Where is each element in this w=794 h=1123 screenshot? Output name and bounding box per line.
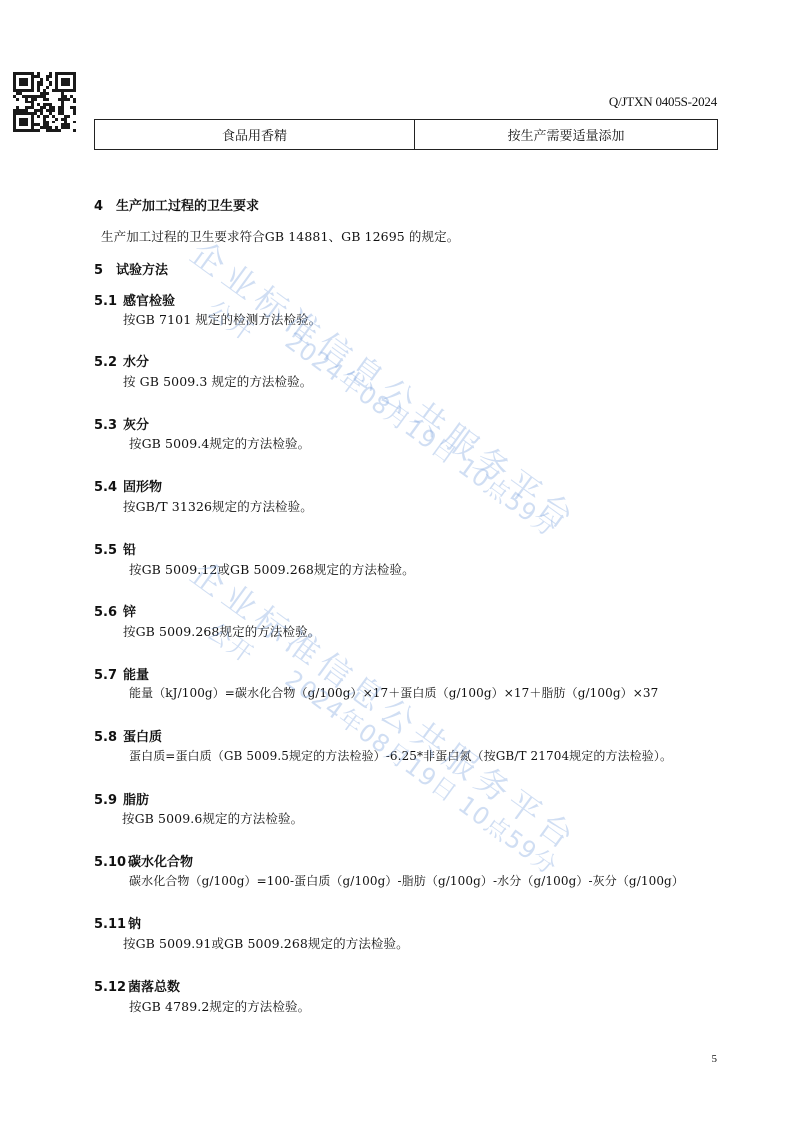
qr-code xyxy=(13,72,76,132)
table-cell-item: 食品用香精 xyxy=(95,120,415,149)
section-text-5-5: 按GB 5009.12或GB 5009.268规定的方法检验。 xyxy=(129,560,415,578)
section-heading-5: 5试验方法 xyxy=(94,259,168,278)
section-heading-5-4: 5.4固形物 xyxy=(94,476,162,495)
watermark-public: 公开 xyxy=(201,612,262,670)
section-heading-5-11: 5.11钠 xyxy=(94,913,141,932)
section-text-5-1: 按GB 7101 规定的检测方法检验。 xyxy=(123,310,321,328)
section-heading-5-5: 5.5铅 xyxy=(94,539,136,558)
section-heading-5-2: 5.2水分 xyxy=(94,351,149,370)
section-heading-4: 4生产加工过程的卫生要求 xyxy=(94,195,259,214)
section-text-5-3: 按GB 5009.4规定的方法检验。 xyxy=(129,434,310,452)
section-text-5-11: 按GB 5009.91或GB 5009.268规定的方法检验。 xyxy=(123,934,409,952)
section-text-4: 生产加工过程的卫生要求符合GB 14881、GB 12695 的规定。 xyxy=(101,227,459,245)
section-heading-5-8: 5.8蛋白质 xyxy=(94,726,162,745)
section-text-5-6: 按GB 5009.268规定的方法检验。 xyxy=(123,622,320,640)
page-number: 5 xyxy=(712,1053,718,1065)
section-text-5-2: 按 GB 5009.3 规定的方法检验。 xyxy=(123,372,312,390)
section-text-5-12: 按GB 4789.2规定的方法检验。 xyxy=(129,997,310,1015)
section-text-5-9: 按GB 5009.6规定的方法检验。 xyxy=(122,809,303,827)
table-cell-usage: 按生产需要适量添加 xyxy=(415,120,717,149)
additive-table: 食品用香精 按生产需要适量添加 xyxy=(94,119,718,150)
section-text-5-8: 蛋白质=蛋白质（GB 5009.5规定的方法检验）-6.25*非蛋白氮（按GB/… xyxy=(129,747,672,764)
section-text-5-4: 按GB/T 31326规定的方法检验。 xyxy=(123,497,313,515)
section-heading-5-10: 5.10碳水化合物 xyxy=(94,851,193,870)
section-heading-5-1: 5.1感官检验 xyxy=(94,290,175,309)
section-text-5-7: 能量（kJ/100g）=碳水化合物（g/100g）×17＋蛋白质（g/100g）… xyxy=(129,684,658,701)
section-heading-5-12: 5.12菌落总数 xyxy=(94,976,180,995)
watermark-timestamp: 2024年08月19日 10点59分 xyxy=(279,322,566,544)
section-heading-5-9: 5.9脂肪 xyxy=(94,789,149,808)
document-code: Q/JTXN 0405S-2024 xyxy=(609,94,717,110)
section-heading-5-6: 5.6锌 xyxy=(94,601,136,620)
section-heading-5-7: 5.7能量 xyxy=(94,664,149,683)
section-heading-5-3: 5.3灰分 xyxy=(94,414,149,433)
section-text-5-10: 碳水化合物（g/100g）=100-蛋白质（g/100g）-脂肪（g/100g）… xyxy=(129,872,684,889)
